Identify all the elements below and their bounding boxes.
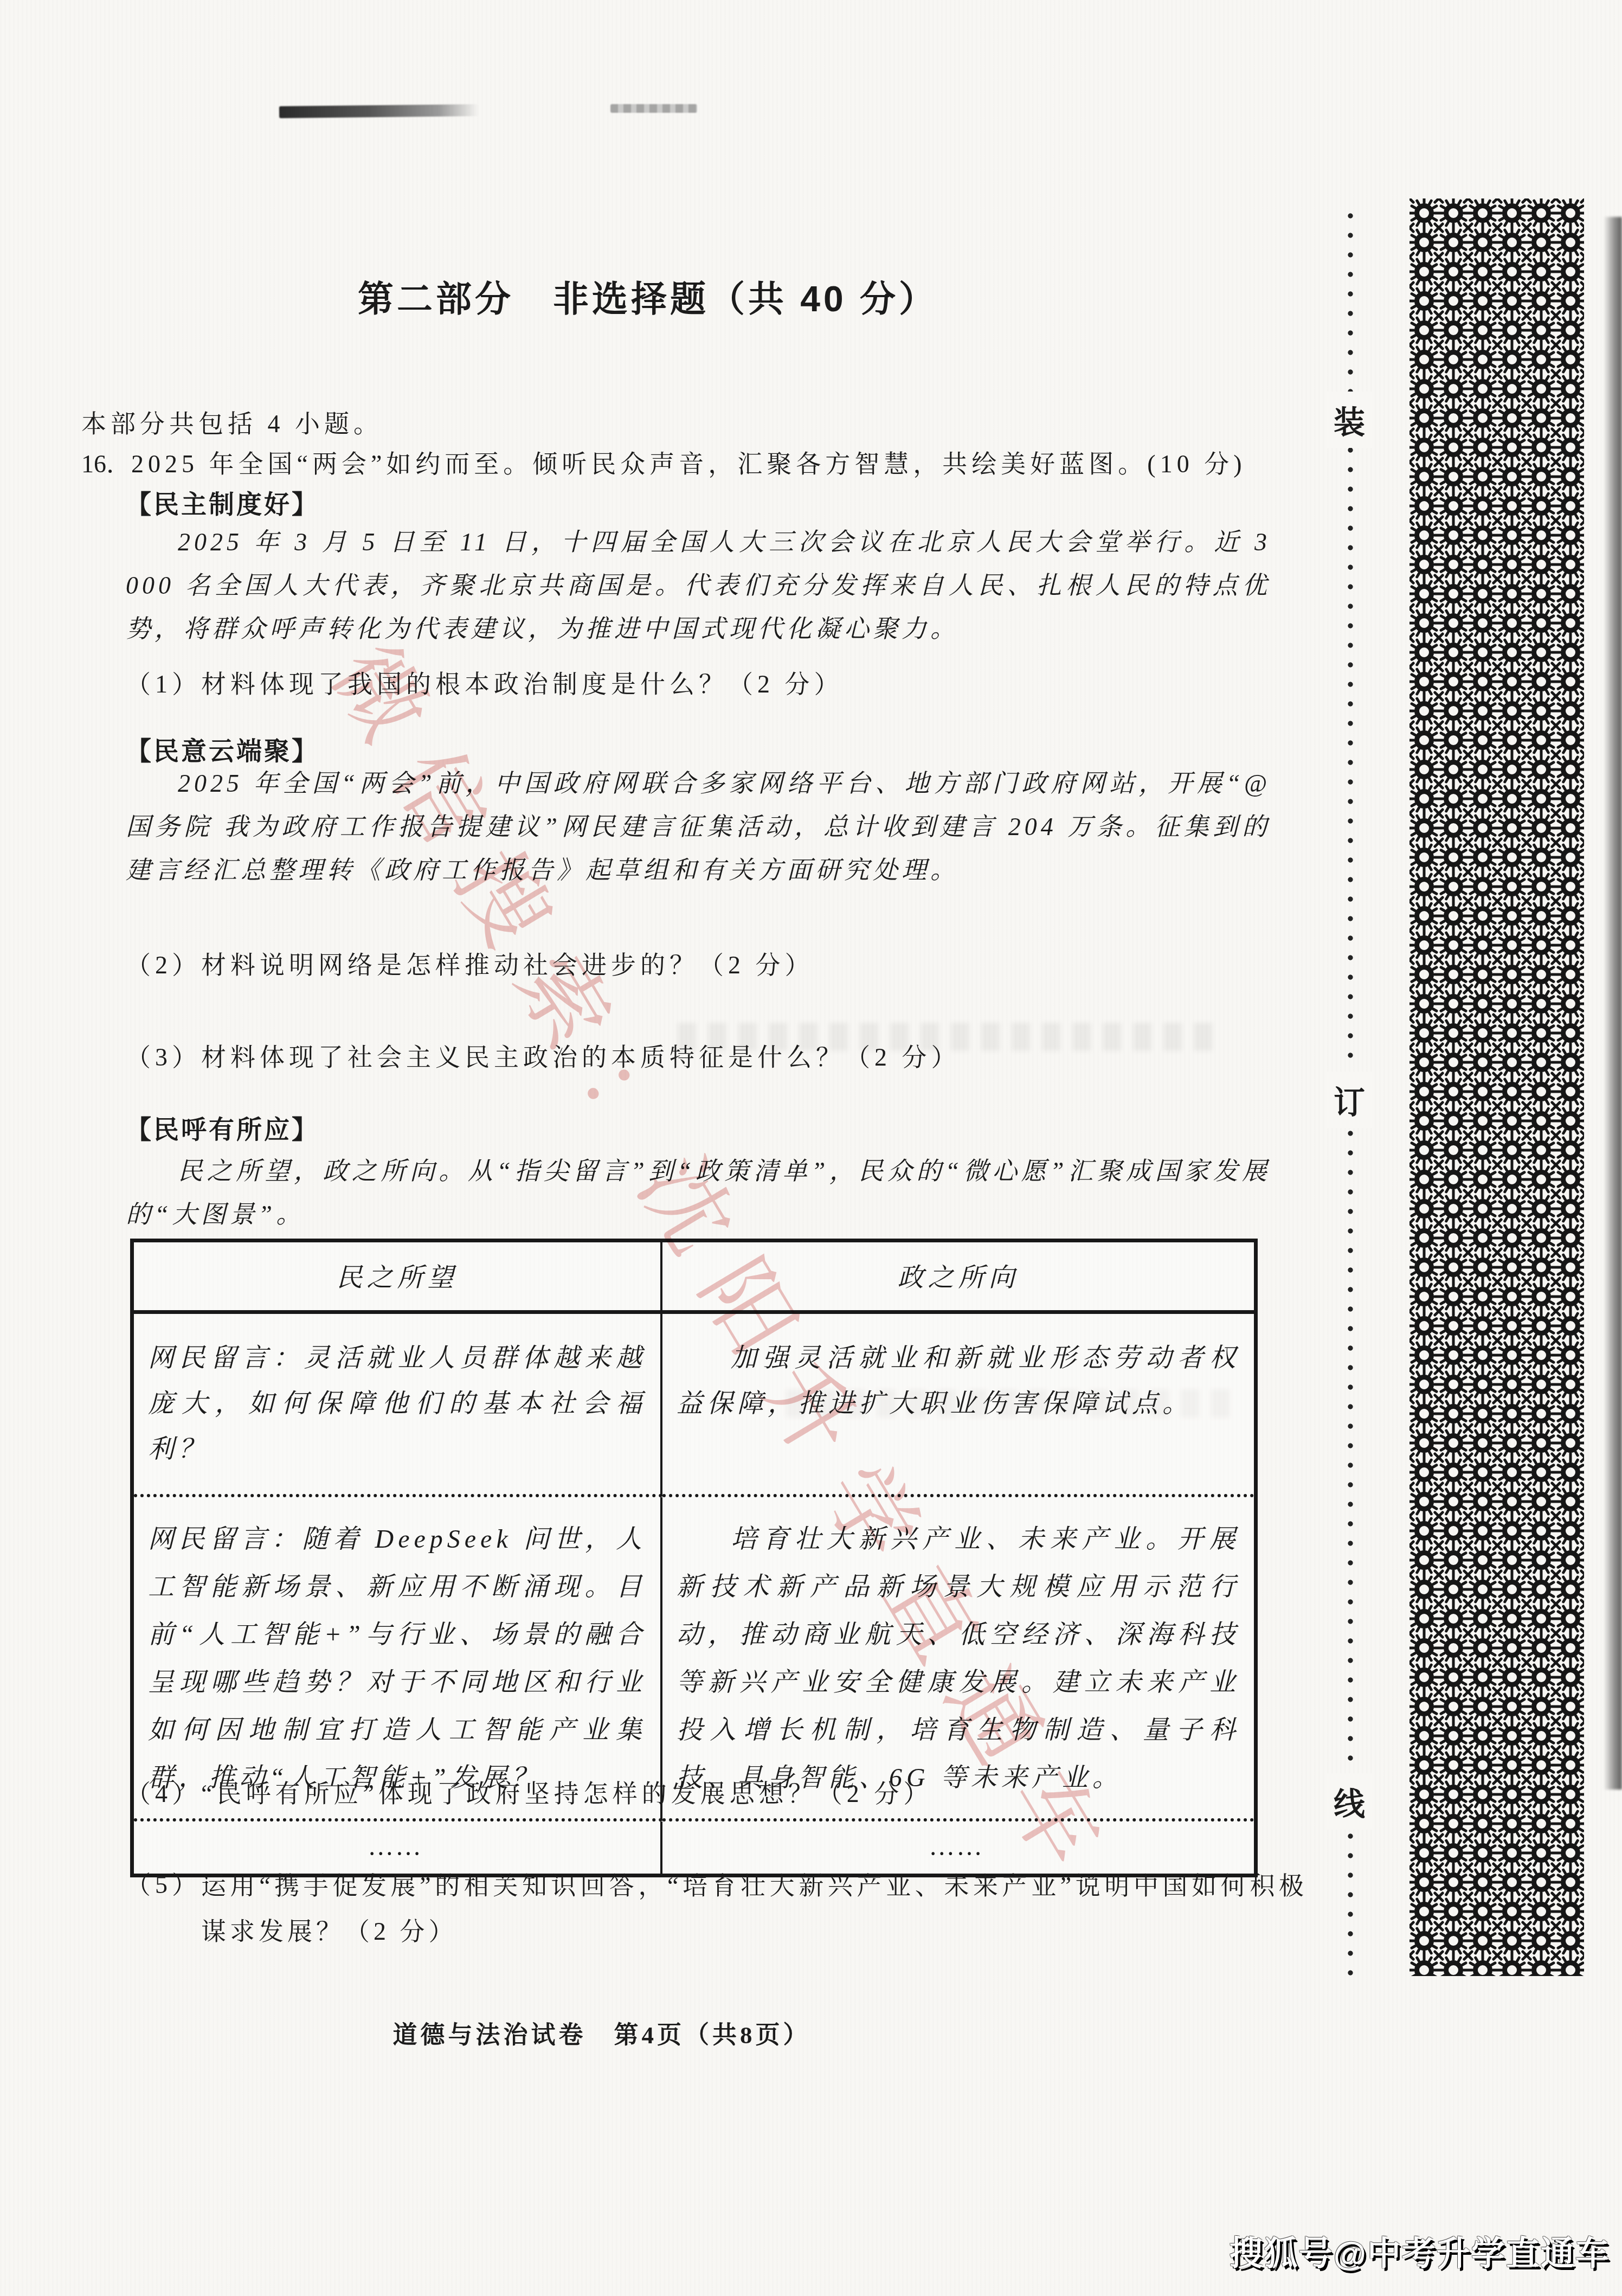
- scan-smudge: [279, 104, 479, 118]
- subquestion-5-text: 运用“携手促发展”的相关知识回答，“培育壮大新兴产业、未来产业”说明中国如何积极…: [201, 1863, 1308, 1954]
- subquestion-1: （1）材料体现了我国的根本政治制度是什么？（2 分）: [126, 663, 844, 706]
- table-header-left: 民之所望: [134, 1242, 662, 1314]
- binding-mark-zhuang: 装: [1326, 392, 1373, 448]
- section-intro: 本部分共包括 4 小题。: [81, 402, 383, 446]
- question-16-lead: 2025 年全国“两会”如约而至。倾听民众声音，汇聚各方智慧，共绘美好蓝图。(1…: [131, 442, 1246, 486]
- table-row: 网民留言：灵活就业人员群体越来越庞大，如何保障他们的基本社会福利？ 加强灵活就业…: [134, 1314, 1254, 1497]
- material-tag-democracy: 【民主制度好】: [126, 484, 319, 521]
- table-cell-wish-1: 网民留言：灵活就业人员群体越来越庞大，如何保障他们的基本社会福利？: [134, 1314, 662, 1497]
- page-edge-shadow: [1604, 217, 1622, 1790]
- section-title: 第二部分 非选择题（共 40 分）: [52, 270, 1244, 322]
- question-16: 16． 2025 年全国“两会”如约而至。倾听民众声音，汇聚各方智慧，共绘美好蓝…: [81, 442, 1344, 486]
- sunburst-pattern-svg: [1409, 198, 1584, 1976]
- bottom-right-watermark: 搜狐号@中考升学直通车: [1176, 2227, 1610, 2275]
- material-paragraph-cloud-opinion: 2025 年全国“两会”前，中国政府网联合多家网络平台、地方部门政府网站，开展“…: [126, 762, 1271, 892]
- question-16-number: 16．: [81, 442, 131, 486]
- scan-smudge: [610, 104, 697, 113]
- material-paragraph-democracy: 2025 年 3 月 5 日至 11 日，十四届全国人大三次会议在北京人民大会堂…: [126, 521, 1271, 651]
- material-tag-response: 【民呼有所应】: [126, 1109, 319, 1146]
- binding-sunburst-pattern: [1409, 198, 1584, 1976]
- page-footer: 道德与法治试卷 第4页（共8页）: [5, 2015, 1198, 2050]
- binding-mark-ding: 订: [1326, 1072, 1373, 1128]
- binding-mark-xian: 线: [1326, 1773, 1373, 1830]
- subquestion-5-number: （5）: [126, 1863, 201, 1907]
- scanned-exam-page: 第二部分 非选择题（共 40 分） 本部分共包括 4 小题。 16． 2025 …: [0, 0, 1622, 2296]
- subquestion-4: （4）“民呼有所应”体现了政府坚持怎样的发展思想？（2 分）: [126, 1772, 932, 1816]
- subquestion-5: （5） 运用“携手促发展”的相关知识回答，“培育壮大新兴产业、未来产业”说明中国…: [126, 1863, 1308, 1954]
